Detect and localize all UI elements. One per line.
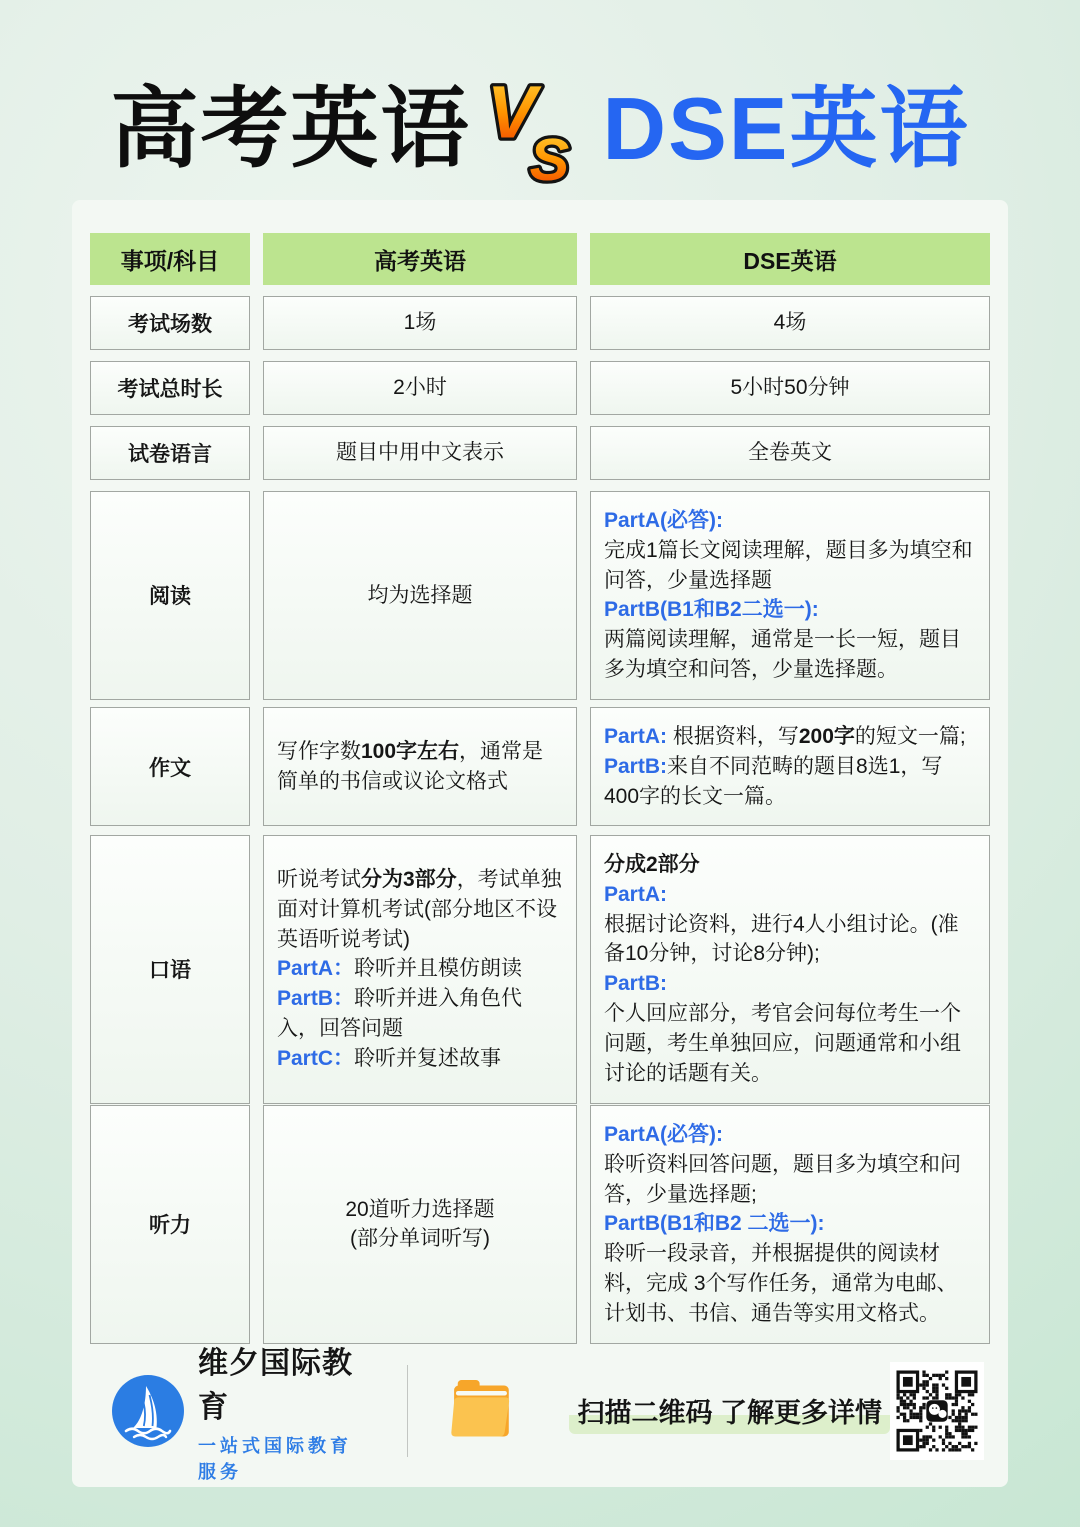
row-label: 考试总时长 [90,361,250,415]
gaokao-cell: 写作字数100字左右，通常是简单的书信或议论文格式 [263,707,577,826]
sailboat-icon [112,1375,184,1447]
footer-divider [407,1365,408,1457]
svg-text:S: S [529,126,569,192]
brand-name: 维夕国际教育 [198,1338,373,1426]
gaokao-cell: 20道听力选择题(部分单词听写) [263,1105,577,1344]
gaokao-cell: 均为选择题 [263,491,577,700]
dse-cell: 5小时50分钟 [590,361,990,415]
table-header-row: 事项/科目 高考英语 DSE英语 [90,233,990,285]
row-label: 听力 [90,1105,250,1344]
table-row: 听力20道听力选择题(部分单词听写)PartA(必答):聆听资料回答问题，题目多… [90,1105,990,1342]
vs-icon: V S [485,68,589,192]
table-row: 考试场数1场4场 [90,296,990,350]
brand-text: 维夕国际教育 一站式国际教育服务 [198,1338,373,1484]
dse-cell: 4场 [590,296,990,350]
dse-cell: PartA(必答):完成1篇长文阅读理解，题目多为填空和问答，少量选择题Part… [590,491,990,700]
header-subject: 事项/科目 [90,233,250,285]
row-label: 试卷语言 [90,426,250,480]
gaokao-cell: 听说考试分为3部分，考试单独面对计算机考试(部分地区不设英语听说考试)PartA… [263,835,577,1104]
qr-code [890,1362,984,1460]
gaokao-cell: 题目中用中文表示 [263,426,577,480]
poster-title: 高考英语 V S DSE英语 [0,56,1080,188]
row-label: 作文 [90,707,250,826]
dse-cell: 全卷英文 [590,426,990,480]
dse-cell: PartA: 根据资料，写200字的短文一篇;PartB:来自不同范畴的题目8选… [590,707,990,826]
title-gaokao: 高考英语 [111,59,471,185]
gaokao-cell: 2小时 [263,361,577,415]
dse-cell: PartA(必答):聆听资料回答问题，题目多为填空和问答，少量选择题;PartB… [590,1105,990,1344]
table-row: 考试总时长2小时5小时50分钟 [90,361,990,415]
header-gaokao: 高考英语 [263,233,577,285]
folder-icon [445,1374,527,1448]
brand-logo-group: 维夕国际教育 一站式国际教育服务 [112,1338,373,1484]
header-dse: DSE英语 [590,233,990,285]
table-row: 口语听说考试分为3部分，考试单独面对计算机考试(部分地区不设英语听说考试)Par… [90,835,990,1094]
table-row: 作文写作字数100字左右，通常是简单的书信或议论文格式PartA: 根据资料，写… [90,707,990,824]
title-dse: DSE英语 [603,59,970,185]
gaokao-cell: 1场 [263,296,577,350]
row-label: 阅读 [90,491,250,700]
table-row: 阅读均为选择题PartA(必答):完成1篇长文阅读理解，题目多为填空和问答，少量… [90,491,990,696]
row-label: 考试场数 [90,296,250,350]
brand-tagline: 一站式国际教育服务 [198,1432,373,1484]
dse-cell: 分成2部分PartA:根据讨论资料，进行4人小组讨论。(准备10分钟，讨论8分钟… [590,835,990,1104]
table-row: 试卷语言题目中用中文表示全卷英文 [90,426,990,480]
comparison-card: 事项/科目 高考英语 DSE英语 考试场数1场4场考试总时长2小时5小时50分钟… [72,200,1008,1487]
card-footer: 维夕国际教育 一站式国际教育服务 扫描二维码 了解更多详情 [90,1353,990,1475]
row-label: 口语 [90,835,250,1104]
scan-qr-text: 扫描二维码 了解更多详情 [569,1389,890,1434]
